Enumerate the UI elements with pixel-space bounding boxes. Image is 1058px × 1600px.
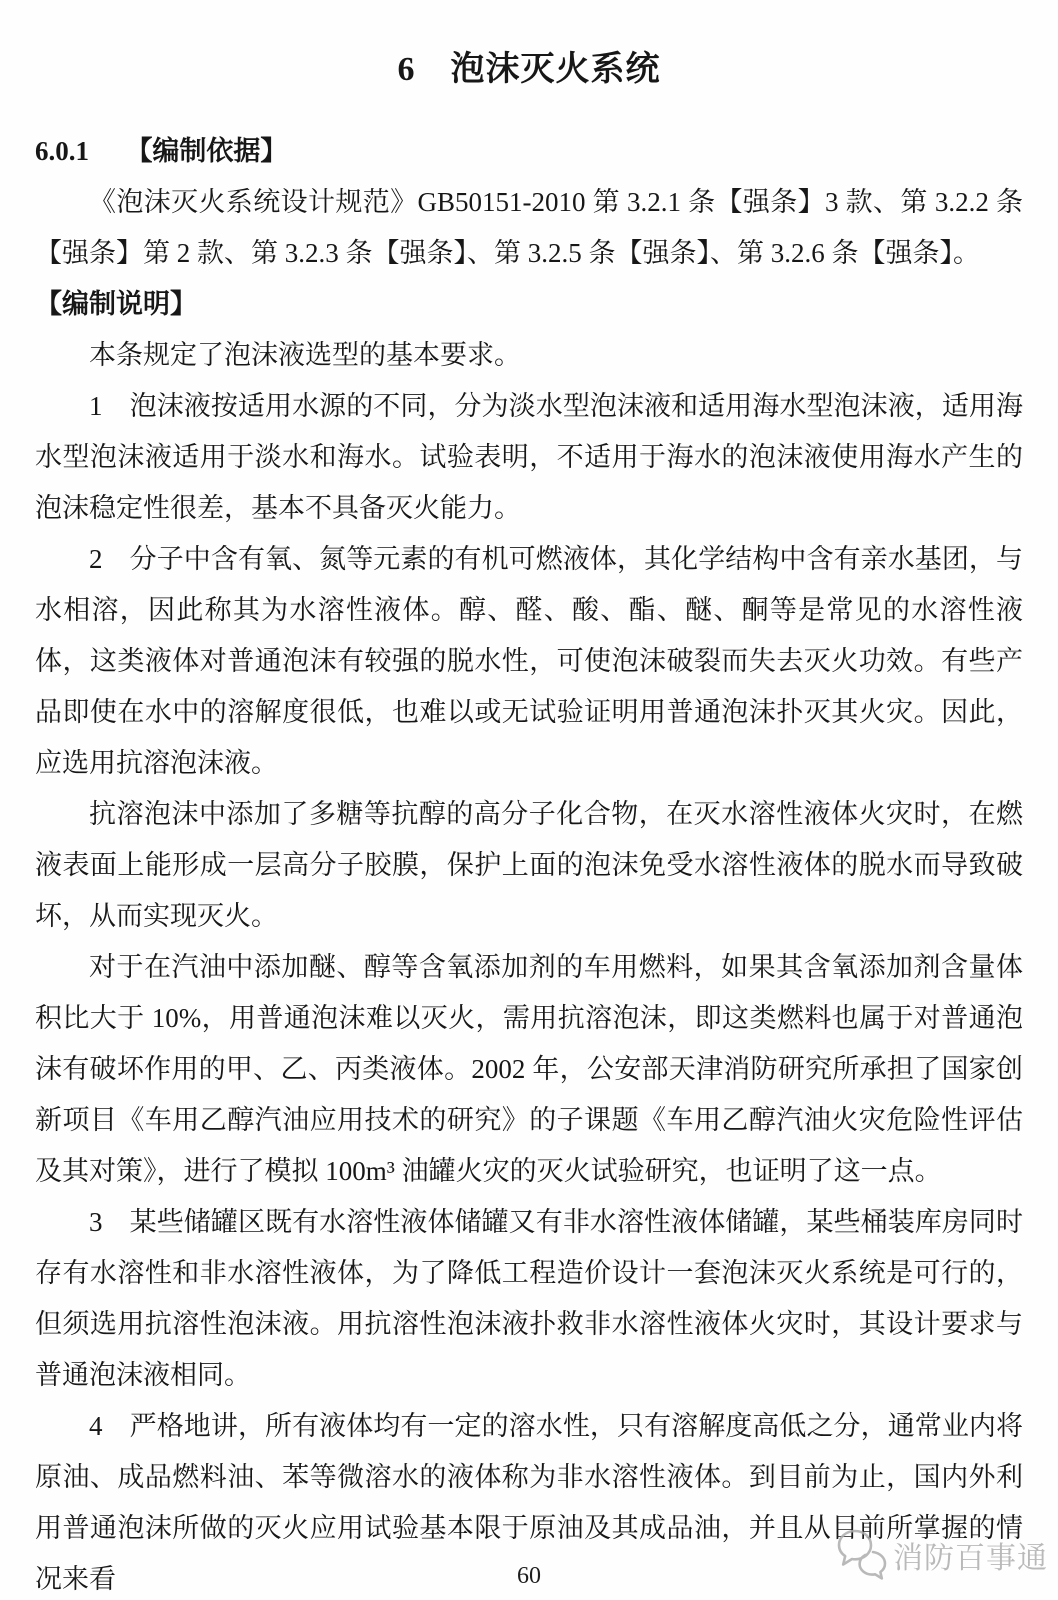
page-number: 60 bbox=[0, 1563, 1058, 1590]
basis-heading: 【编制依据】 bbox=[125, 126, 287, 177]
basis-text: 《泡沫灭火系统设计规范》GB50151-2010 第 3.2.1 条【强条】3 … bbox=[35, 177, 1023, 279]
section-heading: 6.0.1 【编制依据】 bbox=[35, 126, 1023, 177]
paragraph: 2 分子中含有氧、氮等元素的有机可燃液体，其化学结构中含有亲水基团，与水相溶，因… bbox=[35, 534, 1023, 789]
paragraph: 对于在汽油中添加醚、醇等含氧添加剂的车用燃料，如果其含氧添加剂含量体积比大于 1… bbox=[35, 942, 1023, 1197]
document-content: 6.0.1 【编制依据】 《泡沫灭火系统设计规范》GB50151-2010 第 … bbox=[35, 126, 1023, 1600]
section-number: 6.0.1 bbox=[35, 126, 89, 177]
document-page: 6 泡沫灭火系统 6.0.1 【编制依据】 《泡沫灭火系统设计规范》GB5015… bbox=[0, 0, 1058, 1600]
paragraph: 抗溶泡沫中添加了多糖等抗醇的高分子化合物，在灭水溶性液体火灾时，在燃液表面上能形… bbox=[35, 789, 1023, 942]
paragraph: 3 某些储罐区既有水溶性液体储罐又有非水溶性液体储罐，某些桶装库房同时存有水溶性… bbox=[35, 1197, 1023, 1401]
paragraph: 1 泡沫液按适用水源的不同，分为淡水型泡沫液和适用海水型泡沫液，适用海水型泡沫液… bbox=[35, 381, 1023, 534]
paragraph: 本条规定了泡沫液选型的基本要求。 bbox=[35, 330, 1023, 381]
explanation-heading: 【编制说明】 bbox=[35, 279, 1023, 330]
page-title: 6 泡沫灭火系统 bbox=[35, 50, 1023, 90]
